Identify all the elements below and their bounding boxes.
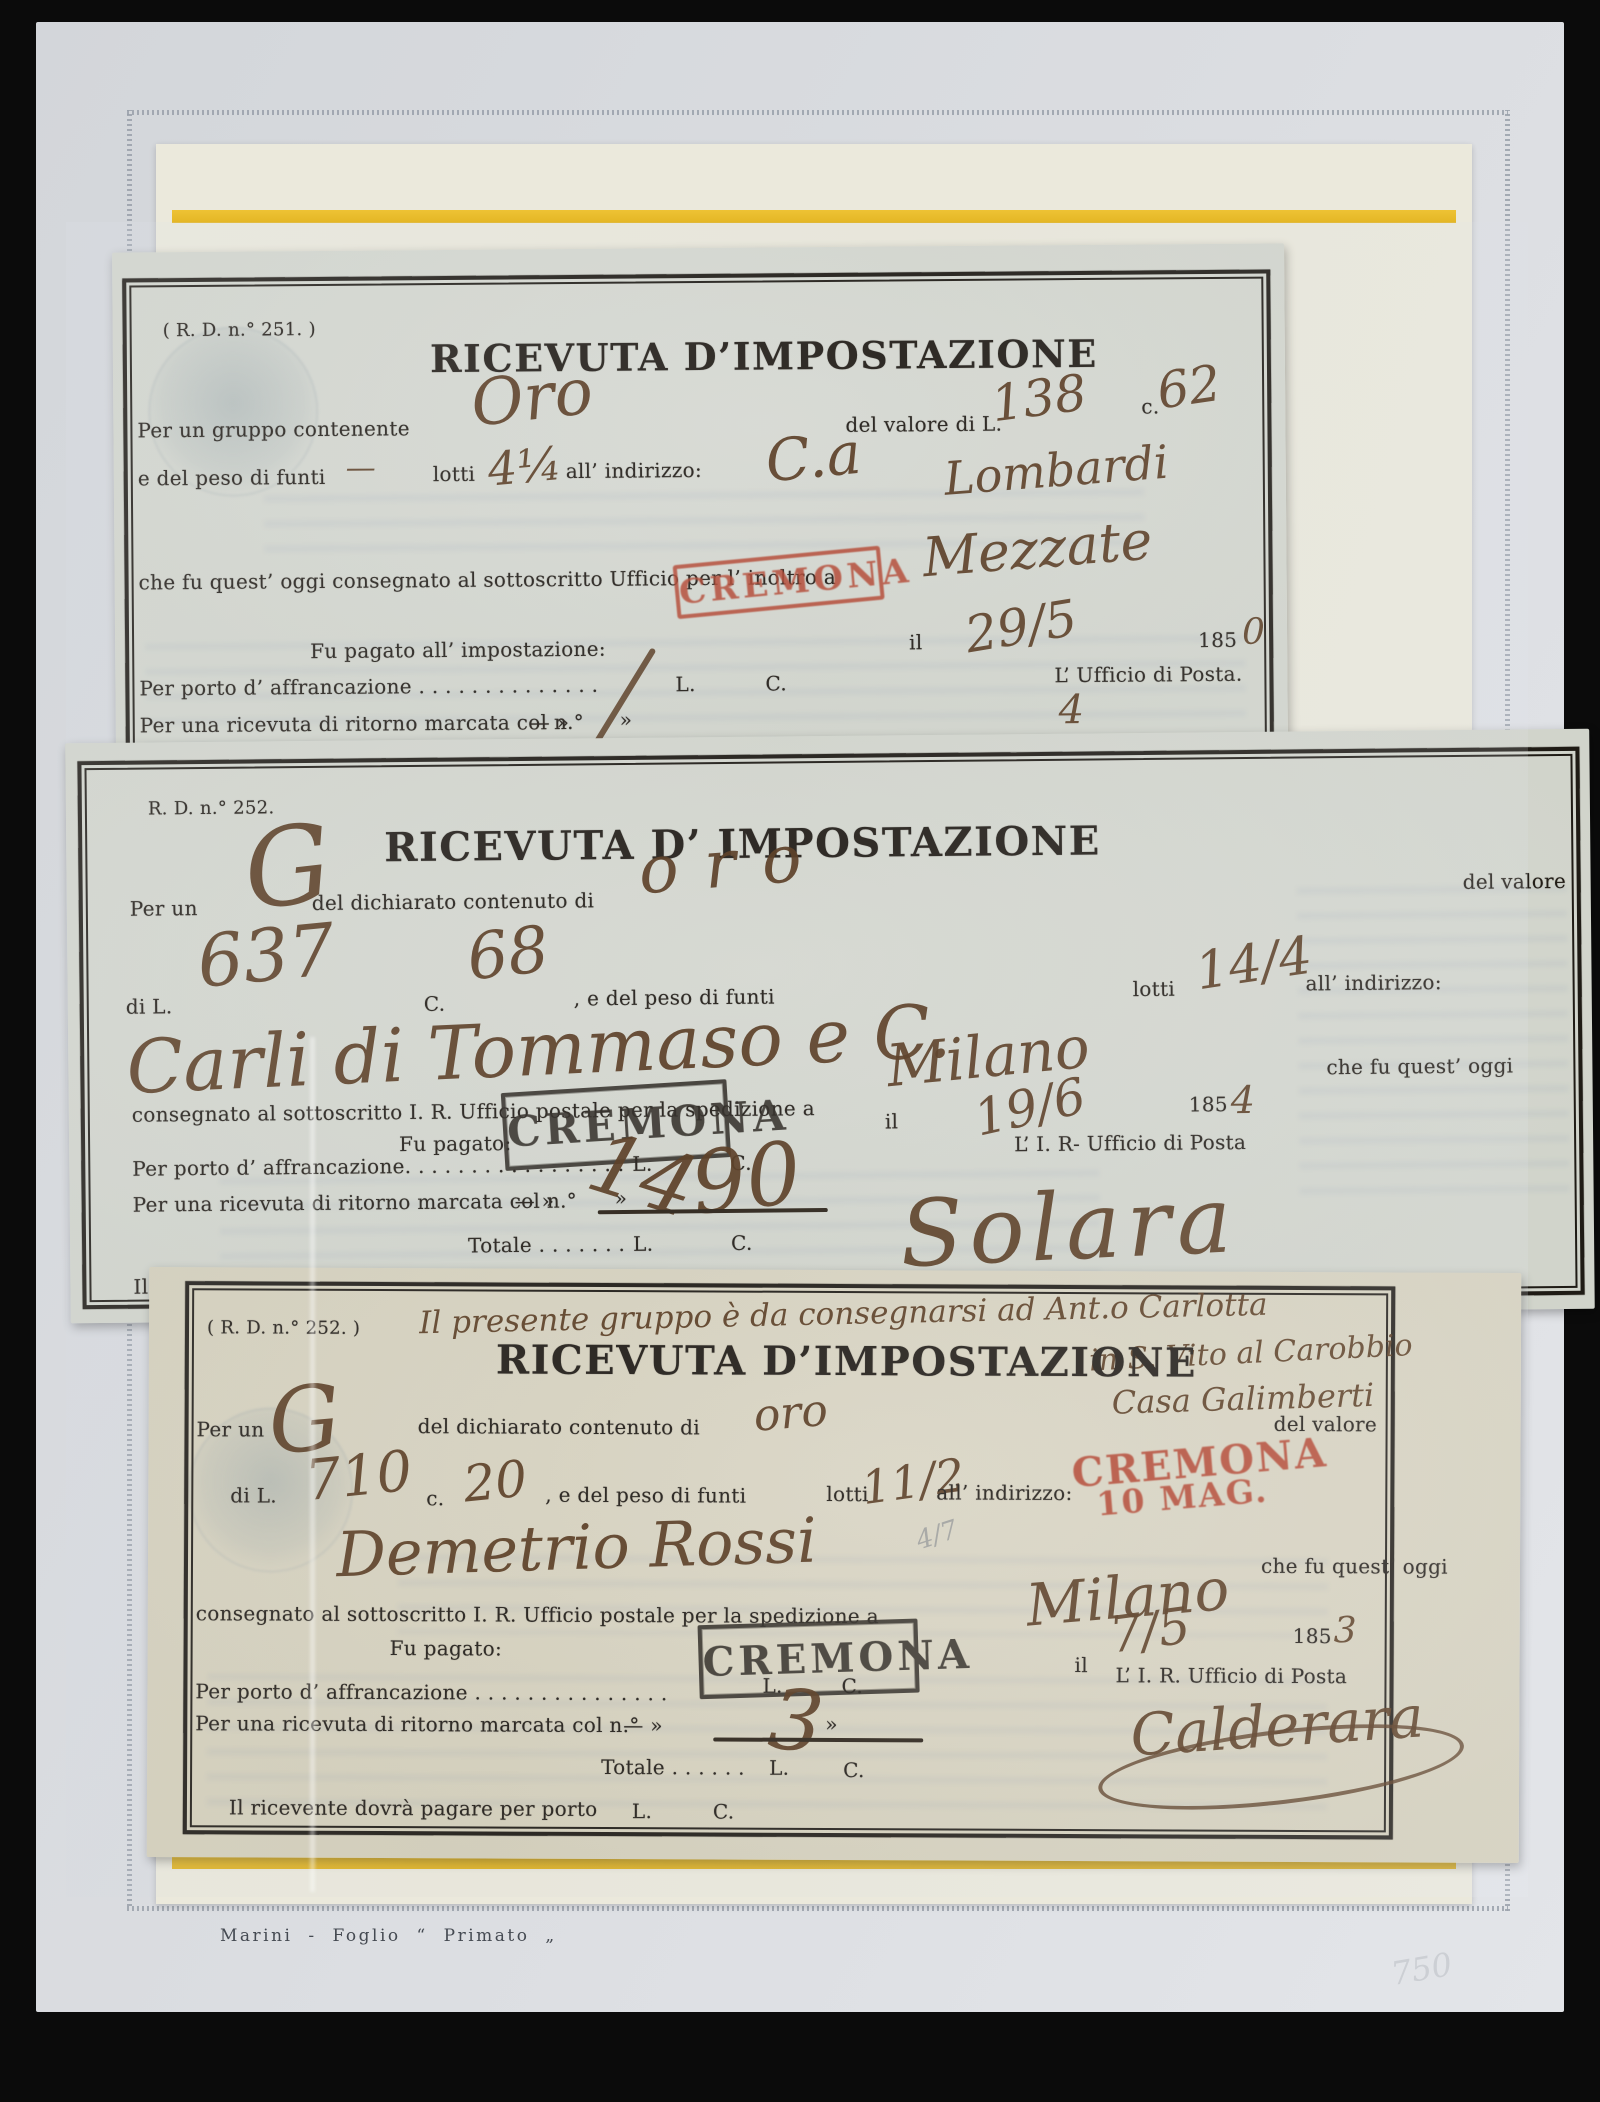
hw-value-cent: 62 bbox=[1153, 354, 1224, 421]
return-value2: » bbox=[825, 1712, 838, 1736]
hw-date: 7/5 bbox=[1106, 1596, 1194, 1664]
lire-column: L. bbox=[675, 672, 695, 696]
hw-year-digit: 3 bbox=[1334, 1610, 1357, 1651]
per-un-label: Per un bbox=[197, 1417, 265, 1441]
return-receipt-label: Per una ricevuta di ritorno marcata col … bbox=[133, 1188, 578, 1216]
di-l-label: di L. bbox=[126, 994, 173, 1018]
return-value: — » bbox=[623, 1713, 663, 1737]
content-label: del dichiarato contenuto di bbox=[418, 1414, 701, 1439]
receipt-title: RICEVUTA D’IMPOSTAZIONE bbox=[496, 1337, 1116, 1387]
address-label: all’ indirizzo: bbox=[566, 458, 702, 483]
paid-label: Fu pagato: bbox=[390, 1636, 502, 1660]
hw-value-lire: 138 bbox=[988, 363, 1090, 433]
post-office-label: L’ I. R- Ufficio di Posta bbox=[1014, 1130, 1246, 1156]
lotti-label: lotti bbox=[1133, 977, 1176, 1001]
totale-lire: L. bbox=[769, 1756, 789, 1780]
paid-label: Fu pagato all’ impostazione: bbox=[310, 637, 606, 663]
year-printed: 185 bbox=[1293, 1624, 1332, 1648]
yellow-rule-top bbox=[172, 210, 1456, 223]
post-office-label: L’ Ufficio di Posta. bbox=[1054, 662, 1242, 687]
totale-label: Totale . . . . . . . bbox=[468, 1232, 625, 1258]
cent-column: C. bbox=[765, 671, 787, 695]
album-caption: Marini - Foglio “ Primato „ bbox=[220, 1926, 557, 1946]
year-printed: 185 bbox=[1198, 628, 1237, 652]
porto-label: Per porto d’ affrancazione. . . . . . . … bbox=[132, 1152, 624, 1181]
hw-weight-dash: — bbox=[346, 451, 376, 486]
ricevente-cent: C. bbox=[713, 1799, 735, 1823]
decree-number: ( R. D. n.° 251. ) bbox=[163, 319, 316, 341]
address-label: all’ indirizzo: bbox=[1305, 970, 1441, 995]
totale-label: Totale . . . . . . bbox=[601, 1755, 745, 1780]
il-label: il bbox=[1075, 1653, 1089, 1677]
hw-year-digit: 4 bbox=[1231, 1078, 1256, 1122]
group-label: Per un gruppo contenente bbox=[137, 416, 410, 442]
year-printed: 185 bbox=[1189, 1092, 1228, 1116]
return-receipt-label: Per una ricevuta di ritorno marcata col … bbox=[140, 710, 584, 737]
totale-lire: L. bbox=[633, 1232, 653, 1256]
hw-lotti: 4¼ bbox=[485, 436, 564, 497]
hw-amount: 90 bbox=[686, 1123, 806, 1235]
receipt-middle: R. D. n.° 252. RICEVUTA D’ IMPOSTAZIONE … bbox=[65, 729, 1594, 1324]
hw-addressee-initial: C.a bbox=[763, 419, 864, 496]
hw-year-digit: 0 bbox=[1242, 612, 1265, 653]
pencil-price-note: 750 bbox=[1388, 1945, 1455, 1993]
content-label: del dichiarato contenuto di bbox=[312, 888, 595, 915]
di-l-label: di L. bbox=[230, 1483, 277, 1507]
hw-value-lire: 710 bbox=[302, 1439, 415, 1514]
hw-content: oro bbox=[636, 818, 831, 910]
value-label: del valore di L. bbox=[845, 412, 1002, 437]
address-label: all’ indirizzo: bbox=[936, 1480, 1072, 1505]
hw-content: oro bbox=[752, 1385, 830, 1442]
album-page: ( R. D. n.° 251. ) RICEVUTA D’IMPOSTAZIO… bbox=[36, 22, 1564, 2012]
hw-value-cent: 68 bbox=[463, 913, 552, 996]
hw-content: Oro bbox=[467, 355, 596, 442]
return-receipt-label: Per una ricevuta di ritorno marcata col … bbox=[195, 1711, 639, 1737]
hw-value-cent: 20 bbox=[461, 1449, 530, 1513]
receipt-bottom: Il presente gruppo è da consegnarsi ad A… bbox=[147, 1267, 1522, 1863]
return-value: — » bbox=[530, 710, 570, 734]
hw-flourish: 4 bbox=[1058, 687, 1084, 733]
receipt-top: ( R. D. n.° 251. ) RICEVUTA D’IMPOSTAZIO… bbox=[112, 243, 1288, 757]
cent-column: C. bbox=[841, 1674, 863, 1698]
today-label: che fu quest’ oggi bbox=[1261, 1554, 1448, 1579]
porto-label: Per porto d’ affrancazione . . . . . . .… bbox=[139, 673, 598, 701]
totale-cent: C. bbox=[843, 1758, 865, 1782]
return-value: — » bbox=[515, 1189, 555, 1213]
il-label: il bbox=[885, 1109, 899, 1133]
cent-label: c. bbox=[1141, 394, 1159, 418]
cent-label: c. bbox=[426, 1486, 444, 1510]
value-label: del valore bbox=[1463, 869, 1567, 894]
decree-number: ( R. D. n.° 252. ) bbox=[207, 1317, 360, 1339]
lotti-label: lotti bbox=[433, 462, 476, 486]
weight-label: , e del peso di funti bbox=[545, 1483, 746, 1508]
today-label: che fu quest’ oggi bbox=[1326, 1053, 1513, 1079]
hw-addressee: Demetrio Rossi bbox=[335, 1504, 818, 1592]
totale-cent: C. bbox=[731, 1231, 753, 1255]
hw-value-lire: 637 bbox=[194, 907, 339, 1004]
post-office-label: L’ I. R. Ufficio di Posta bbox=[1115, 1663, 1347, 1688]
weight-label: e del peso di funti bbox=[138, 465, 326, 490]
il-label: il bbox=[909, 630, 923, 654]
porto-label: Per porto d’ affrancazione . . . . . . .… bbox=[195, 1679, 667, 1705]
tick-border-top bbox=[127, 110, 1508, 115]
tick-border-bottom bbox=[127, 1906, 1508, 1911]
per-un-label: Per un bbox=[130, 896, 198, 921]
return-value2: » bbox=[620, 708, 633, 732]
ricevente-label: Il ricevente dovrà pagare per porto bbox=[229, 1795, 598, 1821]
ricevente-lire: L. bbox=[632, 1799, 652, 1823]
